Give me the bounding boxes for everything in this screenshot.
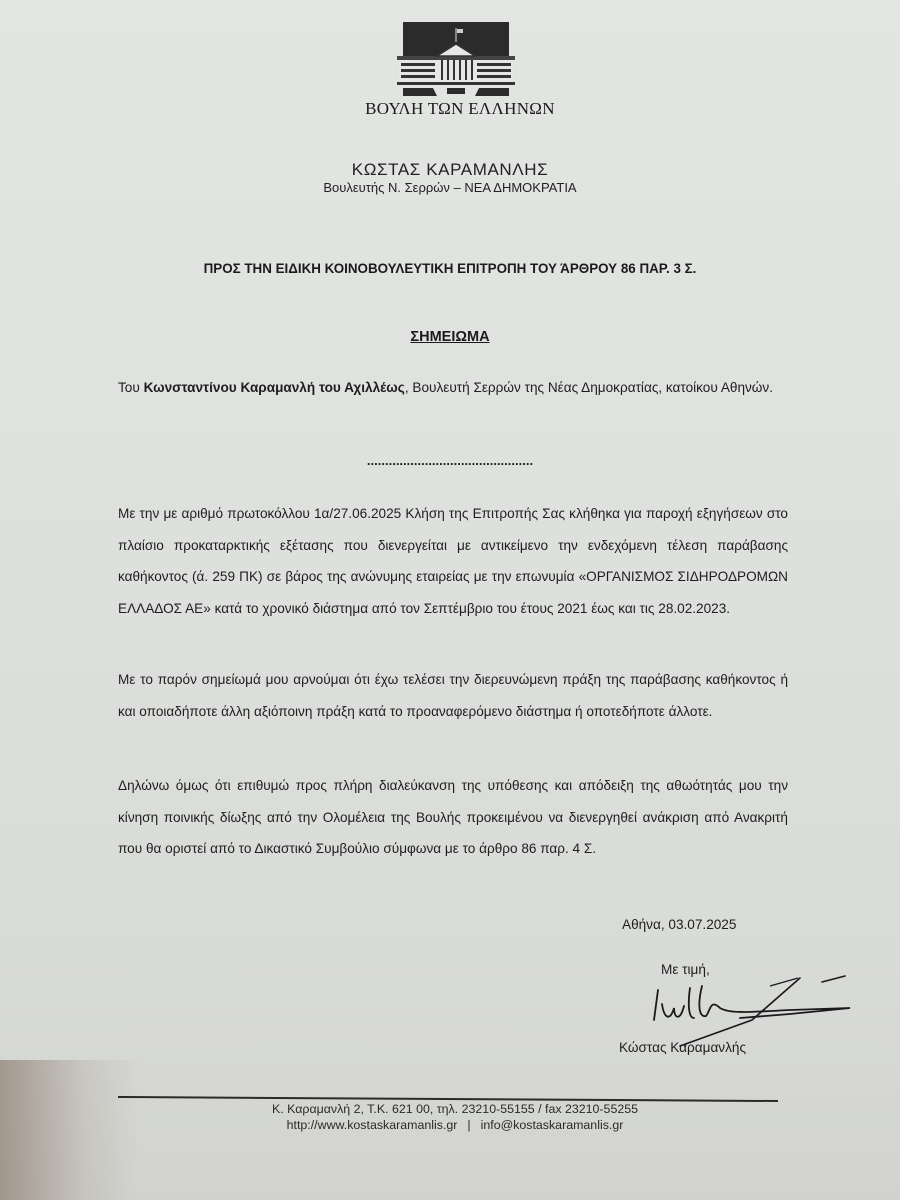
footer-email-link[interactable]: info@kostaskaramanlis.gr: [481, 1118, 624, 1132]
paragraph-denial: Με το παρόν σημείωμά μου αρνούμαι ότι έχ…: [118, 664, 788, 727]
paragraph-summons: Με την με αριθμό πρωτοκόλλου 1α/27.06.20…: [118, 498, 788, 624]
signature-icon: [640, 968, 870, 1048]
place-date: Αθήνα, 03.07.2025: [622, 917, 736, 932]
intro-suffix: , Βουλευτή Σερρών της Νέας Δημοκρατίας, …: [405, 380, 773, 395]
separator-dots: ........................................…: [0, 453, 900, 468]
footer-address: Κ. Καραμανλή 2, Τ.Κ. 621 00, τηλ. 23210-…: [0, 1102, 900, 1116]
intro-name: Κωνσταντίνου Καραμανλή του Αχιλλέως: [144, 380, 405, 395]
intro-paragraph: Του Κωνσταντίνου Καραμανλή του Αχιλλέως,…: [118, 372, 788, 404]
parliament-logo: [386, 22, 526, 96]
addressee: ΠΡΟΣ ΤΗΝ ΕΙΔΙΚΗ ΚΟΙΝΟΒΟΥΛΕΥΤΙΚΗ ΕΠΙΤΡΟΠΗ…: [0, 261, 900, 276]
mp-name: ΚΩΣΤΑΣ ΚΑΡΑΜΑΝΛΗΣ: [0, 160, 900, 180]
parliament-building-icon: [397, 22, 515, 96]
document-title: ΣΗΜΕΙΩΜΑ: [0, 329, 900, 345]
institution-name: ΒΟΥΛΗ ΤΩΝ ΕΛΛΗΝΩΝ: [360, 99, 560, 119]
paragraph-request: Δηλώνω όμως ότι επιθυμώ προς πλήρη διαλε…: [118, 770, 788, 865]
footer-separator: |: [467, 1118, 470, 1132]
mp-role: Βουλευτής Ν. Σερρών – ΝΕΑ ΔΗΜΟΚΡΑΤΙΑ: [0, 180, 900, 195]
signer-name: Κώστας Καραμανλής: [619, 1040, 746, 1055]
intro-prefix: Του: [118, 380, 144, 395]
footer-contacts: http://www.kostaskaramanlis.gr|info@kost…: [0, 1118, 900, 1132]
footer-website-link[interactable]: http://www.kostaskaramanlis.gr: [287, 1118, 458, 1132]
